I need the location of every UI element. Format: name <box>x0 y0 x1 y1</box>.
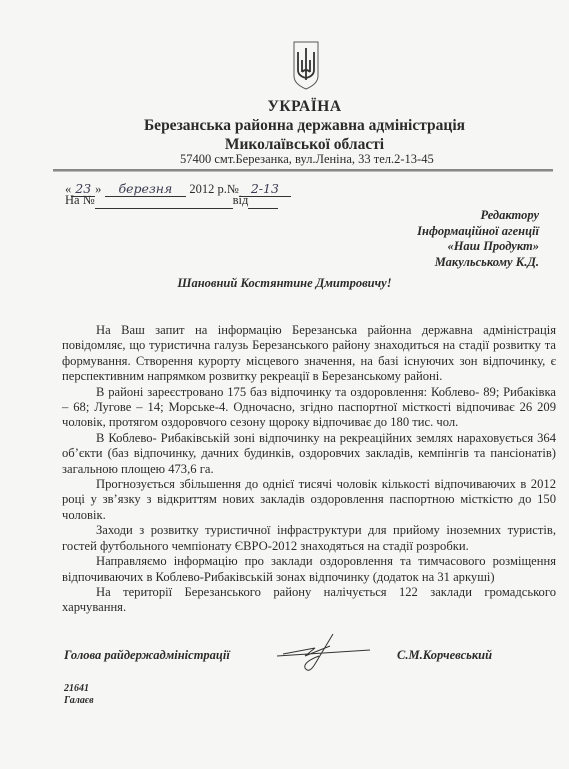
addressee-line: Редактору <box>417 208 539 224</box>
body-paragraph: В районі зареєстровано 175 баз відпочинк… <box>62 385 556 431</box>
executor-name: Галаєв <box>64 695 94 707</box>
body-paragraph: В Коблево- Рибаківській зоні відпочинку … <box>62 431 556 477</box>
body-paragraph: Направляємо інформацію про заклади оздор… <box>62 554 556 585</box>
addressee-block: Редактору Інформаційної агенції «Наш Про… <box>417 208 539 270</box>
handwritten-signature-icon <box>275 630 375 675</box>
addressee-line: Інформаційної агенції <box>417 224 539 240</box>
trident-coat-of-arms-icon <box>292 40 320 90</box>
body-paragraph: На території Березанського району налічу… <box>62 585 556 616</box>
incoming-reference: На № від <box>65 193 278 209</box>
organization-address: 57400 смт.Березанка, вул.Леніна, 33 тел.… <box>180 152 434 167</box>
body-paragraph: Прогнозується збільшення до однієї тисяч… <box>62 477 556 523</box>
addressee-line: «Наш Продукт» <box>417 239 539 255</box>
body-paragraph: На Ваш запит на інформацію Березанська р… <box>62 323 556 385</box>
salutation: Шановний Костянтине Дмитровичу! <box>0 276 569 291</box>
incoming-number-blank <box>95 193 233 209</box>
letter-body: На Ваш запит на інформацію Березанська р… <box>62 323 556 616</box>
incoming-date-blank <box>248 193 278 209</box>
header-divider <box>53 169 553 171</box>
incoming-label: На № <box>65 193 95 207</box>
signatory-name: С.М.Корчевський <box>397 648 492 663</box>
letter-page: УКРАЇНА Березанська районна державна адм… <box>0 0 569 769</box>
body-paragraph: Заходи з розвитку туристичної інфраструк… <box>62 523 556 554</box>
signatory-title: Голова райдержадміністрації <box>64 648 230 663</box>
executor-footer: 21641 Галаєв <box>64 683 94 707</box>
addressee-line: Макульському К.Д. <box>417 255 539 271</box>
from-label: від <box>233 193 249 207</box>
executor-phone: 21641 <box>64 683 94 695</box>
country-heading: УКРАЇНА <box>20 98 569 116</box>
organization-heading: Березанська районна державна адміністрац… <box>20 117 569 135</box>
